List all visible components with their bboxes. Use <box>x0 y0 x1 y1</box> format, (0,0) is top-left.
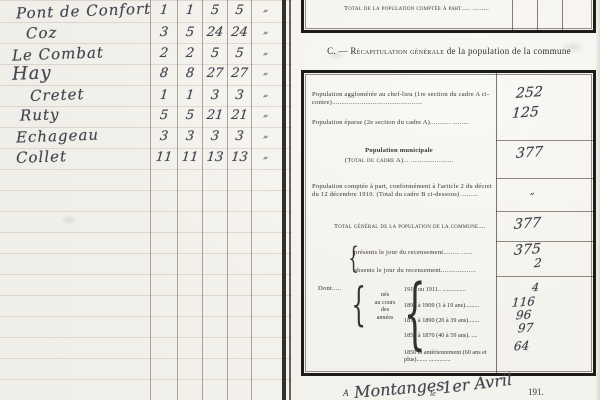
born-line: années <box>368 314 402 322</box>
dont-label: Dont..... <box>318 285 378 293</box>
cell-value: 3 <box>177 129 203 144</box>
ditto-mark: „ <box>251 25 280 36</box>
hamlet-name: Ruty <box>20 105 60 124</box>
presents-value: 375 <box>513 241 541 259</box>
ditto-mark: „ <box>251 129 280 140</box>
value-cell-rule <box>496 140 593 141</box>
born-in-years-label: nés au cours des années <box>368 291 402 321</box>
cell-value: 11 <box>177 150 203 165</box>
ditto-mark: „ <box>251 3 280 14</box>
recap-value-column-rule <box>496 73 497 373</box>
cell-value: 5 <box>227 46 252 61</box>
total-cadre-a-label: (Total du cadre A)... ..................… <box>304 157 494 165</box>
recap-box: Population agglomérée au chef-lieu (1re … <box>301 70 596 376</box>
scan-smudge <box>60 215 78 225</box>
cell-value: 3 <box>227 88 252 103</box>
hamlet-name: Hay <box>12 62 52 84</box>
ditto-mark: „ <box>251 66 280 77</box>
ditto-mark: „ <box>251 108 280 119</box>
pop-eparse-label: Population éparse (2e section du cadre A… <box>312 119 494 127</box>
cell-value: 13 <box>202 150 228 165</box>
scan-smudge <box>326 50 346 60</box>
cell-value: 27 <box>227 66 252 81</box>
cell-value: 1 <box>150 3 178 18</box>
age-row-value: 64 <box>513 338 529 353</box>
cell-value: 1 <box>150 88 178 103</box>
age-row-value: 4 <box>532 281 540 294</box>
signature-year: 191. <box>528 387 544 397</box>
born-line: au cours <box>368 299 402 307</box>
total-general-label: Total général de la population de la com… <box>334 223 494 231</box>
page-fold-rule-thick <box>282 0 286 400</box>
pop-eparse-value: 125 <box>511 104 539 122</box>
value-cell-rule <box>496 276 593 277</box>
pop-municipale-value: 377 <box>515 144 543 162</box>
census-document-scan: Pont de Confort 1 1 5 5 „ Coz 3 5 24 24 … <box>0 0 600 400</box>
cell-value: 24 <box>202 25 228 40</box>
hamlet-name: Cretet <box>30 85 85 105</box>
absents-label: absents le jour du recensement..........… <box>354 267 494 275</box>
age-row-value: 116 <box>511 294 535 310</box>
age-row-value: 97 <box>517 320 533 335</box>
cell-value: 21 <box>202 108 228 123</box>
cell-value: 5 <box>202 3 228 18</box>
scan-smudge <box>560 40 586 54</box>
value-cell-rule <box>496 178 593 179</box>
hamlet-name: Collet <box>16 147 68 167</box>
presents-label: présents le jour du recensement.........… <box>354 249 494 257</box>
cell-value: 5 <box>177 25 203 40</box>
pop-municipale-label: Population municipale <box>304 147 494 155</box>
cell-value: 5 <box>227 3 252 18</box>
born-line: des <box>368 306 402 314</box>
pop-agglomeree-value: 252 <box>515 84 543 102</box>
cell-value: 27 <box>202 66 228 81</box>
heading-smallcaps: Récapitulation générale <box>350 46 444 56</box>
cadre-b-total-box: Total de la population comptée à part...… <box>301 0 596 33</box>
ditto-mark: „ <box>251 46 280 57</box>
cell-value: 24 <box>227 25 252 40</box>
hamlet-name: Echageau <box>16 126 100 147</box>
cell-value: 3 <box>202 129 228 144</box>
ditto-mark: „ <box>251 88 280 99</box>
value-cell-rule <box>496 241 593 242</box>
ditto-mark: „ <box>251 150 280 161</box>
age-rows-brace: { <box>404 269 426 359</box>
cell-value: 2 <box>177 46 203 61</box>
absents-value: 2 <box>533 256 542 270</box>
pop-comptee-a-part-label: Population comptée à part, conformément … <box>312 183 494 199</box>
cadre-b-total-label: Total de la population comptée à part...… <box>344 5 544 13</box>
age-row-label: 1850 et antérieurement (60 ans et plus).… <box>404 349 498 363</box>
cell-value: 5 <box>177 108 203 123</box>
signature-le-label: le <box>430 389 436 398</box>
pop-agglomeree-label: Population agglomérée au chef-lieu (1re … <box>312 91 494 107</box>
cell-value: 8 <box>177 66 203 81</box>
section-c-heading: C. — Récapitulation générale de la popul… <box>303 46 595 56</box>
cell-value: 11 <box>150 150 178 165</box>
cell-value: 13 <box>227 150 252 165</box>
value-cell-rule <box>496 211 593 212</box>
cell-value: 21 <box>227 108 252 123</box>
born-line: nés <box>368 291 402 299</box>
age-row-value: 96 <box>515 307 531 322</box>
heading-rest: de la population de la commune <box>444 46 571 56</box>
hamlet-name: Coz <box>26 23 58 42</box>
cadre-b-cell-rule <box>512 0 513 30</box>
age-row-label: 1910 ou 1911.. ............... <box>404 286 498 293</box>
pop-comptee-a-part-value: „ <box>530 187 535 197</box>
age-row-label: 1851 à 1870 (40 à 59 ans). .... <box>404 332 498 339</box>
cell-value: 5 <box>202 46 228 61</box>
cell-value: 3 <box>150 25 178 40</box>
page-edge-shadow <box>595 0 600 400</box>
age-row-label: 1871 à 1890 (20 à 39 ans)....... <box>404 317 498 324</box>
left-table-column-rule <box>251 0 252 400</box>
signature-a-label: A <box>343 388 349 398</box>
cell-value: 2 <box>150 46 178 61</box>
presence-brace: { <box>348 241 359 276</box>
cell-value: 5 <box>150 108 178 123</box>
page-fold-rule-thin <box>289 0 291 400</box>
age-row-label: 1891 à 1909 (1 à 19 ans)......... <box>404 302 498 309</box>
cadre-b-cell-rule <box>562 0 563 30</box>
dont-brace: { <box>351 277 366 331</box>
cell-value: 8 <box>150 66 178 81</box>
cell-value: 3 <box>150 129 178 144</box>
hamlet-name: Le Combat <box>12 43 104 64</box>
cadre-b-cell-rule <box>537 0 538 30</box>
cell-value: 1 <box>177 88 203 103</box>
cell-value: 3 <box>202 88 228 103</box>
total-general-value: 377 <box>513 215 541 233</box>
cell-value: 3 <box>227 129 252 144</box>
cell-value: 1 <box>177 3 203 18</box>
